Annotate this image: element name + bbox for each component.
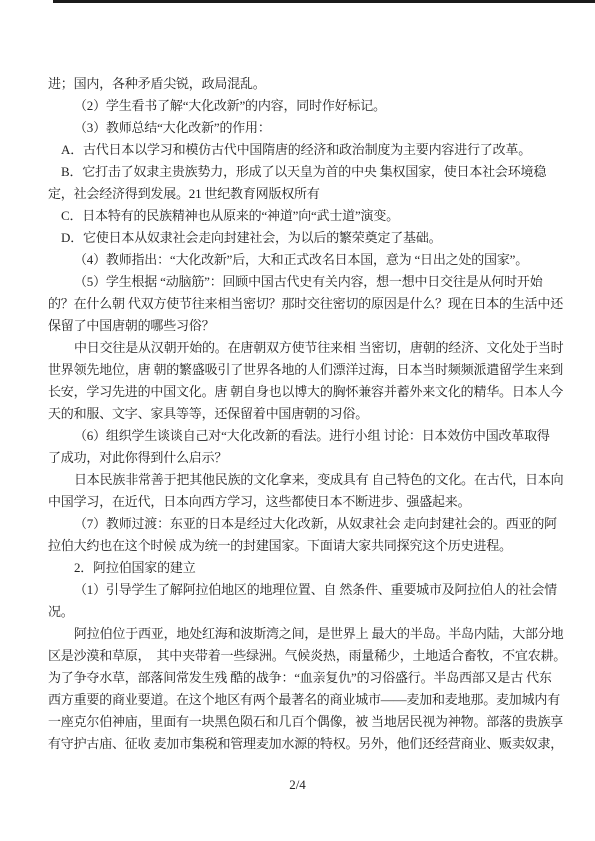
text-line: 西方重要的商业要道。在这个地区有两个最著名的商业城市——麦加和麦地那。麦加城内有 bbox=[48, 689, 567, 711]
text-line: C．日本特有的民族精神也从原来的“神道”向“武士道”演变。 bbox=[48, 205, 567, 227]
text-line: 况。 bbox=[48, 601, 567, 623]
document-page: 进；国内，各种矛盾尖锐，政局混乱。 （2）学生看书了解“大化改新”的内容，同时作… bbox=[0, 0, 595, 841]
text-line: （7）教师过渡：东亚的日本是经过大化改新，从奴隶社会 走向封建社会的。西亚的阿 bbox=[48, 513, 567, 535]
text-line: 区是沙漠和草原， 其中夹带着一些绿洲。气候炎热，雨量稀少，土地适合畜牧，不宜农耕… bbox=[48, 645, 567, 667]
section-heading: 2．阿拉伯国家的建立 bbox=[48, 557, 567, 579]
text-line: （6）组织学生谈谈自己对“大化改新的看法。进行小组 讨论：日本效仿中国改革取得 bbox=[48, 425, 567, 447]
text-line: 了成功，对此你得到什么启示？ bbox=[48, 447, 567, 469]
text-line: 中国学习，在近代，日本向西方学习，这些都使日本不断进步、强盛起来。 bbox=[48, 491, 567, 513]
text-line: B．它打击了奴隶主贵族势力，形成了以天皇为首的中央 集权国家，使日本社会环境稳 bbox=[48, 161, 567, 183]
text-line: 阿拉伯位于西亚，地处红海和波斯湾之间，是世界上 最大的半岛。半岛内陆，大部分地 bbox=[48, 623, 567, 645]
text-line: （1）引导学生了解阿拉伯地区的地理位置、自 然条件、重要城市及阿拉伯人的社会情 bbox=[48, 579, 567, 601]
text-line: 进；国内，各种矛盾尖锐，政局混乱。 bbox=[48, 73, 567, 95]
text-line: 定，社会经济得到发展。21 世纪教育网版权所有 bbox=[48, 183, 567, 205]
text-line: 世界领先地位，唐 朝的繁盛吸引了世界各地的人们漂洋过海，日本当时频频派遣留学生来… bbox=[48, 359, 567, 381]
text-line: （5）学生根据 “动脑筋”：回顾中国古代史有关内容，想一想中日交往是从何时开始 bbox=[48, 271, 567, 293]
text-line: 为了争夺水草，部落间常发生残 酷的战争：“血亲复仇”的习俗盛行。半岛西部又是古 … bbox=[48, 667, 567, 689]
text-line: 保留了中国唐朝的哪些习俗？ bbox=[48, 315, 567, 337]
text-line: D．它使日本从奴隶社会走向封建社会，为以后的繁荣奠定了基础。 bbox=[48, 227, 567, 249]
text-line: 一座克尔伯神庙，里面有一块黑色陨石和几百个偶像，被 当地居民视为神物。部落的贵族… bbox=[48, 711, 567, 733]
text-line: 有守护古庙、征收 麦加市集税和管理麦加水源的特权。另外，他们还经营商业、贩卖奴隶… bbox=[48, 733, 567, 755]
text-line: 长安，学习先进的中国文化。唐 朝自身也以博大的胸怀兼容并蓄外来文化的精华。日本人… bbox=[48, 381, 567, 403]
text-line: 日本民族非常善于把其他民族的文化拿来，变成具有 自己特色的文化。在古代，日本向 bbox=[48, 469, 567, 491]
text-line: （2）学生看书了解“大化改新”的内容，同时作好标记。 bbox=[48, 95, 567, 117]
text-line: 的？在什么朝 代双方使节往来相当密切？那时交往密切的原因是什么？现在日本的生活中… bbox=[48, 293, 567, 315]
text-line: （4）教师指出：“大化改新”后，大和正式改名日本国，意为 “日出之处的国家”。 bbox=[48, 249, 567, 271]
page-number: 2/4 bbox=[0, 774, 595, 796]
document-body: 进；国内，各种矛盾尖锐，政局混乱。 （2）学生看书了解“大化改新”的内容，同时作… bbox=[48, 73, 567, 755]
text-line: 中日交往是从汉朝开始的。在唐朝双方使节往来相 当密切，唐朝的经济、文化处于当时 bbox=[48, 337, 567, 359]
text-line: A．古代日本以学习和模仿古代中国隋唐的经济和政治制度为主要内容进行了改革。 bbox=[48, 139, 567, 161]
text-line: 拉伯大约也在这个时候 成为统一的封建国家。下面请大家共同探究这个历史进程。 bbox=[48, 535, 567, 557]
text-line: （3）教师总结“大化改新”的作用： bbox=[48, 117, 567, 139]
top-border-line bbox=[53, 0, 595, 3]
text-line: 天的和服、文字、家具等等，还保留着中国唐朝的习俗。 bbox=[48, 403, 567, 425]
